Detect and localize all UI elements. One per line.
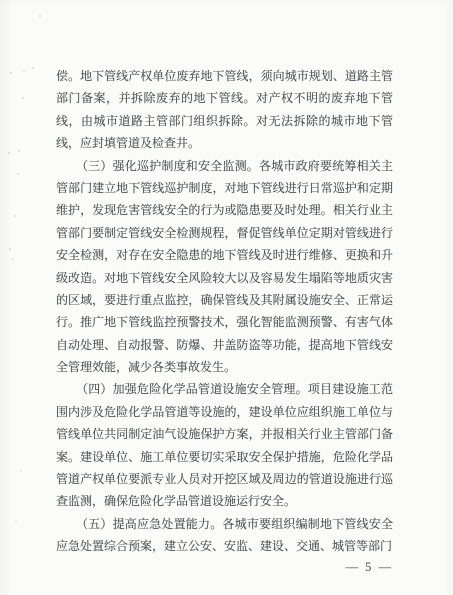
text-line: （三）强化巡护制度和安全监测。各城市政府要统筹相关主: [56, 155, 393, 177]
text-line: 管部门要制定管线安全检测规程，督促管线单位定期对管线进行: [56, 222, 393, 244]
text-line: 全管理效能，减少各类事故发生。: [56, 356, 393, 378]
text-line: 案。建设单位、施工单位要切实采取安全保护措施，危险化学品: [56, 446, 393, 468]
text-line: 级改造。对地下管线安全风险较大以及容易发生塌陷等地质灾害: [56, 267, 393, 289]
text-line: 管线单位共同制定油气设施保护方案，并报相关行业主管部门备: [56, 423, 393, 445]
text-line: 管道产权单位要派专业人员对开挖区域及周边的管道设施进行巡: [56, 468, 393, 490]
text-line: 自动处理、自动报警、防爆、井盖防盗等功能，提高地下管线安: [56, 334, 393, 356]
text-line: 偿。地下管线产权单位废弃地下管线，须向城市规划、道路主管: [56, 65, 393, 87]
text-line: （五）提高应急处置能力。各城市要组织编制地下管线安全: [56, 513, 393, 535]
text-line: 线，应封填管道及检查井。: [56, 132, 393, 154]
text-line: 管部门建立地下管线巡护制度，对地下管线进行日常巡护和定期: [56, 177, 393, 199]
text-line: 围内涉及危险化学品管道等设施的，建设单位应组织施工单位与: [56, 401, 393, 423]
text-line: 维护，发现危害管线安全的行为或隐患要及时处理。相关行业主: [56, 199, 393, 221]
document-page: 偿。地下管线产权单位废弃地下管线，须向城市规划、道路主管部门备案，并拆除废弃的地…: [0, 0, 453, 595]
scan-specks: [0, 0, 2, 2]
text-line: 查监测，确保危险化学品管道设施运行安全。: [56, 490, 393, 512]
document-body: 偿。地下管线产权单位废弃地下管线，须向城市规划、道路主管部门备案，并拆除废弃的地…: [56, 65, 393, 558]
text-line: 线，由城市道路主管部门组织拆除。对无法拆除的城市地下管: [56, 110, 393, 132]
text-line: 行。推广地下管线监控预警技术，强化智能监测预警、有害气体: [56, 311, 393, 333]
text-line: 的区域，要进行重点监控，确保管线及其附属设施安全、正常运: [56, 289, 393, 311]
page-number: — 5 —: [346, 560, 394, 575]
text-line: 安全检测，对存在安全隐患的地下管线及时进行维修、更换和升: [56, 244, 393, 266]
text-line: 部门备案，并拆除废弃的地下管线。对产权不明的废弃地下管: [56, 87, 393, 109]
text-line: 应急处置综合预案，建立公安、安监、建设、交通、城管等部门: [56, 535, 393, 557]
text-line: （四）加强危险化学品管道设施安全管理。项目建设施工范: [56, 378, 393, 400]
